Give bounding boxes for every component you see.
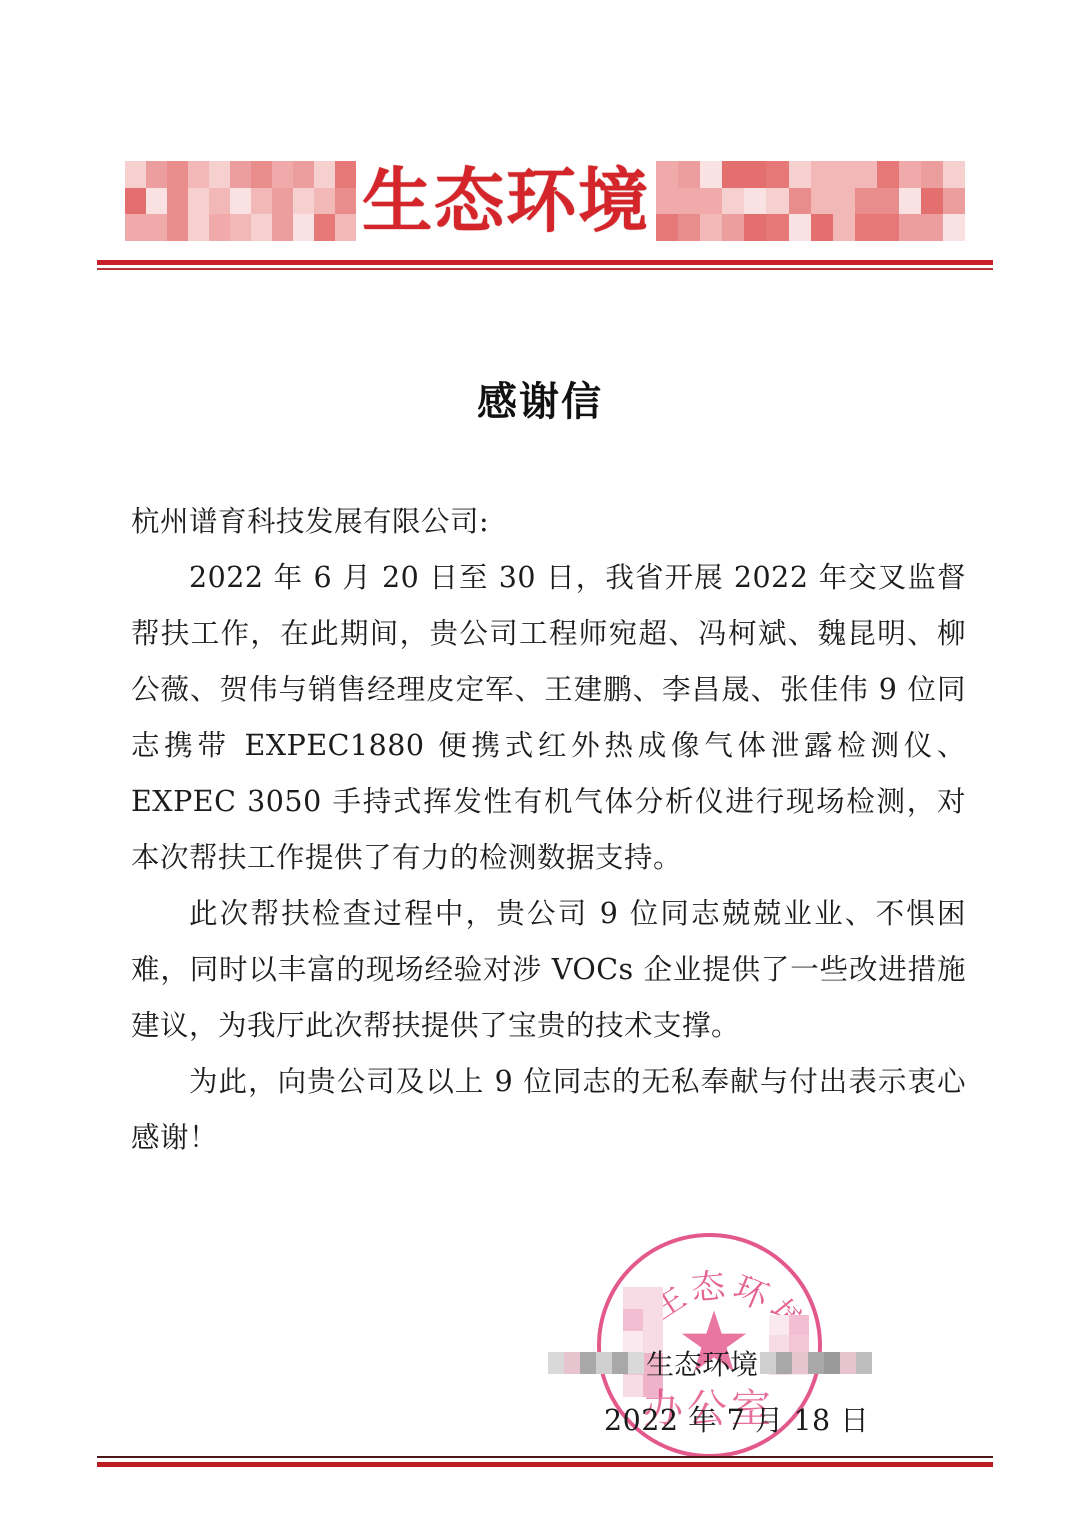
header-rule-thick xyxy=(97,260,993,265)
mosaic-cell xyxy=(855,161,877,188)
mosaic-cell xyxy=(855,188,877,215)
mosaic-cell xyxy=(722,188,744,215)
mosaic-cell xyxy=(943,214,965,241)
mosaic-cell xyxy=(776,1352,792,1374)
mosaic-cell xyxy=(855,214,877,241)
mosaic-cell xyxy=(811,161,833,188)
mosaic-cell xyxy=(167,188,188,215)
mosaic-cell xyxy=(840,1352,856,1374)
mosaic-cell xyxy=(623,1287,643,1309)
mosaic-cell xyxy=(209,214,230,241)
mosaic-cell xyxy=(167,161,188,188)
document-title: 感谢信 xyxy=(0,370,1080,427)
mosaic-cell xyxy=(251,161,272,188)
mosaic-cell xyxy=(314,161,335,188)
mosaic-cell xyxy=(230,214,251,241)
signature-date: 2022 年 7 月 18 日 xyxy=(604,1398,869,1439)
mosaic-cell xyxy=(656,188,678,215)
mosaic-cell xyxy=(744,161,766,188)
mosaic-cell xyxy=(656,214,678,241)
footer-rule-thick xyxy=(97,1462,993,1467)
mosaic-cell xyxy=(899,188,921,215)
mosaic-cell xyxy=(722,214,744,241)
mosaic-cell xyxy=(760,1352,776,1374)
mosaic-cell xyxy=(766,161,788,188)
signature-redacted-left xyxy=(548,1352,644,1374)
paragraph-3: 为此，向贵公司及以上 9 位同志的无私奉献与付出表示衷心感谢！ xyxy=(131,1054,966,1166)
paragraph-1: 2022 年 6 月 20 日至 30 日，我省开展 2022 年交叉监督帮扶工… xyxy=(131,550,966,886)
mosaic-cell xyxy=(272,188,293,215)
mosaic-cell xyxy=(580,1352,596,1374)
mosaic-cell xyxy=(744,214,766,241)
mosaic-cell xyxy=(293,161,314,188)
mosaic-cell xyxy=(811,214,833,241)
mosaic-cell xyxy=(833,188,855,215)
letterhead: 生态环境 xyxy=(0,0,1080,290)
mosaic-cell xyxy=(188,188,209,215)
mosaic-cell xyxy=(921,214,943,241)
mosaic-cell xyxy=(789,161,811,188)
mosaic-cell xyxy=(811,188,833,215)
mosaic-cell xyxy=(209,188,230,215)
mosaic-cell xyxy=(643,1309,663,1331)
footer-rule-thin xyxy=(97,1456,993,1458)
mosaic-cell xyxy=(548,1352,564,1374)
mosaic-cell xyxy=(293,214,314,241)
mosaic-cell xyxy=(824,1352,840,1374)
mosaic-cell xyxy=(700,188,722,215)
mosaic-cell xyxy=(769,1315,789,1335)
mosaic-cell xyxy=(656,161,678,188)
mosaic-cell xyxy=(272,214,293,241)
mosaic-cell xyxy=(789,1315,809,1335)
mosaic-cell xyxy=(700,161,722,188)
mosaic-cell xyxy=(899,161,921,188)
mosaic-cell xyxy=(744,188,766,215)
mosaic-cell xyxy=(789,188,811,215)
mosaic-cell xyxy=(877,188,899,215)
salutation: 杭州谱育科技发展有限公司: xyxy=(131,494,966,550)
mosaic-cell xyxy=(833,161,855,188)
mosaic-cell xyxy=(209,161,230,188)
redacted-block-left xyxy=(125,161,356,241)
mosaic-cell xyxy=(792,1352,808,1374)
mosaic-cell xyxy=(314,214,335,241)
mosaic-cell xyxy=(125,161,146,188)
mosaic-cell xyxy=(722,161,744,188)
mosaic-cell xyxy=(335,188,356,215)
letterhead-row: 生态环境 xyxy=(125,160,965,242)
mosaic-cell xyxy=(700,214,722,241)
redacted-block-right xyxy=(656,161,965,241)
mosaic-cell xyxy=(293,188,314,215)
mosaic-cell xyxy=(251,214,272,241)
mosaic-cell xyxy=(877,214,899,241)
mosaic-cell xyxy=(678,214,700,241)
mosaic-cell xyxy=(899,214,921,241)
mosaic-cell xyxy=(272,161,293,188)
mosaic-cell xyxy=(628,1352,644,1374)
letterhead-title: 生态环境 xyxy=(356,161,652,241)
mosaic-cell xyxy=(789,214,811,241)
mosaic-cell xyxy=(125,214,146,241)
mosaic-cell xyxy=(643,1287,663,1309)
mosaic-cell xyxy=(335,214,356,241)
mosaic-cell xyxy=(921,188,943,215)
mosaic-cell xyxy=(188,214,209,241)
mosaic-cell xyxy=(943,188,965,215)
mosaic-cell xyxy=(125,188,146,215)
signature-org-text: 生态环境 xyxy=(644,1343,760,1383)
mosaic-cell xyxy=(230,161,251,188)
mosaic-cell xyxy=(146,161,167,188)
paragraph-2: 此次帮扶检查过程中，贵公司 9 位同志兢兢业业、不惧困难，同时以丰富的现场经验对… xyxy=(131,886,966,1054)
mosaic-cell xyxy=(167,214,188,241)
mosaic-cell xyxy=(678,161,700,188)
mosaic-cell xyxy=(596,1352,612,1374)
mosaic-cell xyxy=(623,1309,643,1331)
mosaic-cell xyxy=(766,214,788,241)
mosaic-cell xyxy=(808,1352,824,1374)
mosaic-cell xyxy=(921,161,943,188)
mosaic-cell xyxy=(188,161,209,188)
mosaic-cell xyxy=(564,1352,580,1374)
mosaic-cell xyxy=(314,188,335,215)
mosaic-cell xyxy=(146,188,167,215)
mosaic-cell xyxy=(943,161,965,188)
mosaic-cell xyxy=(146,214,167,241)
mosaic-cell xyxy=(612,1352,628,1374)
header-rule-thin xyxy=(97,268,993,270)
mosaic-cell xyxy=(766,188,788,215)
mosaic-cell xyxy=(833,214,855,241)
mosaic-cell xyxy=(230,188,251,215)
mosaic-cell xyxy=(856,1352,872,1374)
mosaic-cell xyxy=(877,161,899,188)
mosaic-cell xyxy=(678,188,700,215)
letter-body: 杭州谱育科技发展有限公司: 2022 年 6 月 20 日至 30 日，我省开展… xyxy=(131,494,966,1166)
mosaic-cell xyxy=(251,188,272,215)
signature-redacted-right xyxy=(760,1352,872,1374)
mosaic-cell xyxy=(335,161,356,188)
signature-org: 生态环境 xyxy=(548,1345,872,1381)
